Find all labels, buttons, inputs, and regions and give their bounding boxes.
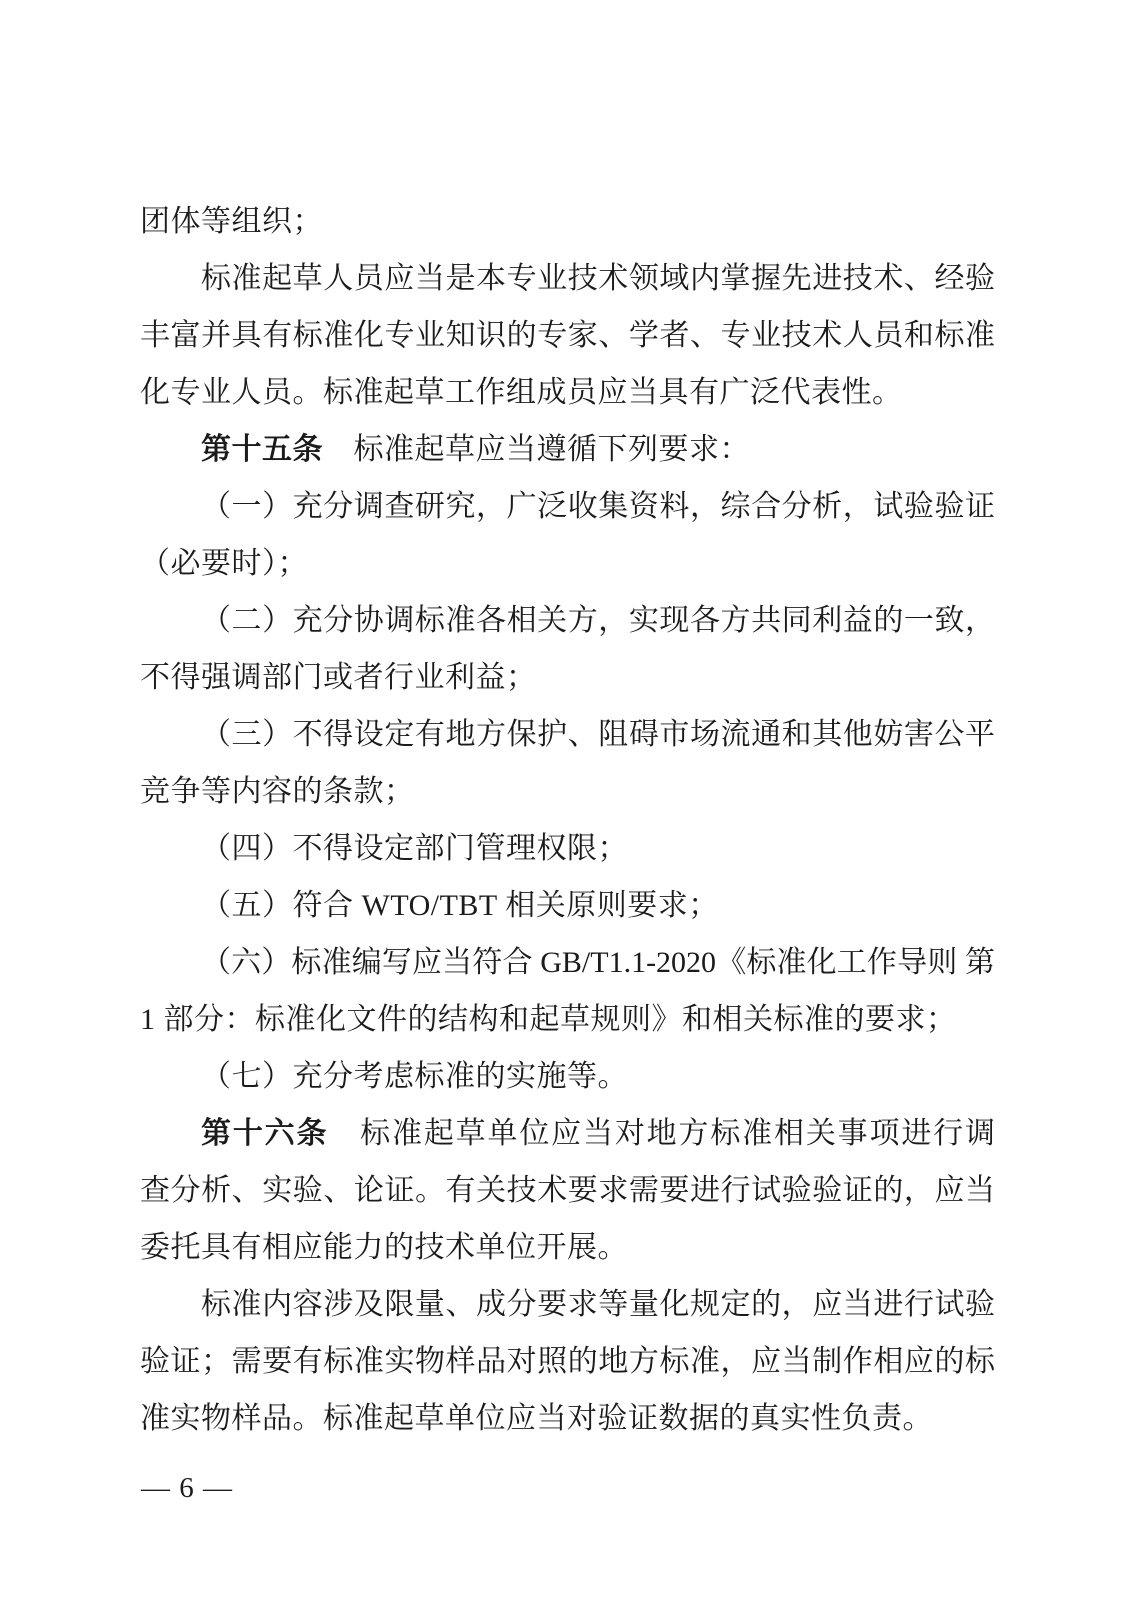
text-line: （二）充分协调标准各相关方，实现各方共同利益的一致， xyxy=(140,592,995,649)
line-text: 标准起草单位应当对地方标准相关事项进行调 xyxy=(328,1117,995,1150)
text-line: （四）不得设定部门管理权限； xyxy=(140,820,995,877)
text-line: 委托具有相应能力的技术单位开展。 xyxy=(140,1219,995,1276)
line-text: 丰富并具有标准化专业知识的专家、学者、专业技术人员和标准 xyxy=(140,319,995,352)
line-text: 查分析、实验、论证。有关技术要求需要进行试验验证的，应当 xyxy=(140,1174,995,1207)
text-line: 丰富并具有标准化专业知识的专家、学者、专业技术人员和标准 xyxy=(140,307,995,364)
line-text: （五）符合 WTO/TBT 相关原则要求； xyxy=(201,889,719,922)
line-text: （六）标准编写应当符合 GB/T1.1-2020《标准化工作导则 第 xyxy=(201,946,995,979)
line-text: 标准起草应当遵循下列要求： xyxy=(323,433,750,466)
line-text: 委托具有相应能力的技术单位开展。 xyxy=(140,1231,628,1264)
line-text: （一）充分调查研究，广泛收集资料，综合分析，试验验证 xyxy=(201,490,995,523)
article-number: 第十六条 xyxy=(201,1117,328,1150)
line-text: 标准内容涉及限量、成分要求等量化规定的，应当进行试验 xyxy=(201,1288,995,1321)
line-text: （三）不得设定有地方保护、阻碍市场流通和其他妨害公平 xyxy=(201,718,995,751)
text-line: （六）标准编写应当符合 GB/T1.1-2020《标准化工作导则 第 xyxy=(140,934,995,991)
document-body: 团体等组织；标准起草人员应当是本专业技术领域内掌握先进技术、经验丰富并具有标准化… xyxy=(140,193,995,1447)
text-line: 第十六条 标准起草单位应当对地方标准相关事项进行调 xyxy=(140,1105,995,1162)
text-line: 准实物样品。标准起草单位应当对验证数据的真实性负责。 xyxy=(140,1390,995,1447)
line-text: （七）充分考虑标准的实施等。 xyxy=(201,1060,628,1093)
text-line: 不得强调部门或者行业利益； xyxy=(140,649,995,706)
page-number: — 6 — xyxy=(141,1462,233,1514)
line-text: 团体等组织； xyxy=(140,205,323,238)
line-text: 1 部分：标准化文件的结构和起草规则》和相关标准的要求； xyxy=(140,1003,957,1036)
text-line: 团体等组织； xyxy=(140,193,995,250)
text-line: （五）符合 WTO/TBT 相关原则要求； xyxy=(140,877,995,934)
text-line: 1 部分：标准化文件的结构和起草规则》和相关标准的要求； xyxy=(140,991,995,1048)
text-line: 竞争等内容的条款； xyxy=(140,763,995,820)
line-text: （必要时）； xyxy=(140,547,308,580)
article-number: 第十五条 xyxy=(201,433,323,466)
text-line: 验证；需要有标准实物样品对照的地方标准，应当制作相应的标 xyxy=(140,1333,995,1390)
text-line: 第十五条 标准起草应当遵循下列要求： xyxy=(140,421,995,478)
line-text: （四）不得设定部门管理权限； xyxy=(201,832,628,865)
line-text: 准实物样品。标准起草单位应当对验证数据的真实性负责。 xyxy=(140,1402,933,1435)
text-line: （必要时）； xyxy=(140,535,995,592)
line-text: 竞争等内容的条款； xyxy=(140,775,415,808)
text-line: 化专业人员。标准起草工作组成员应当具有广泛代表性。 xyxy=(140,364,995,421)
line-text: （二）充分协调标准各相关方，实现各方共同利益的一致， xyxy=(201,604,995,637)
text-line: （一）充分调查研究，广泛收集资料，综合分析，试验验证 xyxy=(140,478,995,535)
text-line: （七）充分考虑标准的实施等。 xyxy=(140,1048,995,1105)
line-text: 验证；需要有标准实物样品对照的地方标准，应当制作相应的标 xyxy=(140,1345,995,1378)
document-page: 团体等组织；标准起草人员应当是本专业技术领域内掌握先进技术、经验丰富并具有标准化… xyxy=(0,0,1131,1600)
line-text: 不得强调部门或者行业利益； xyxy=(140,661,537,694)
text-line: 标准内容涉及限量、成分要求等量化规定的，应当进行试验 xyxy=(140,1276,995,1333)
text-line: （三）不得设定有地方保护、阻碍市场流通和其他妨害公平 xyxy=(140,706,995,763)
text-line: 查分析、实验、论证。有关技术要求需要进行试验验证的，应当 xyxy=(140,1162,995,1219)
line-text: 化专业人员。标准起草工作组成员应当具有广泛代表性。 xyxy=(140,376,903,409)
line-text: 标准起草人员应当是本专业技术领域内掌握先进技术、经验 xyxy=(201,262,995,295)
text-line: 标准起草人员应当是本专业技术领域内掌握先进技术、经验 xyxy=(140,250,995,307)
